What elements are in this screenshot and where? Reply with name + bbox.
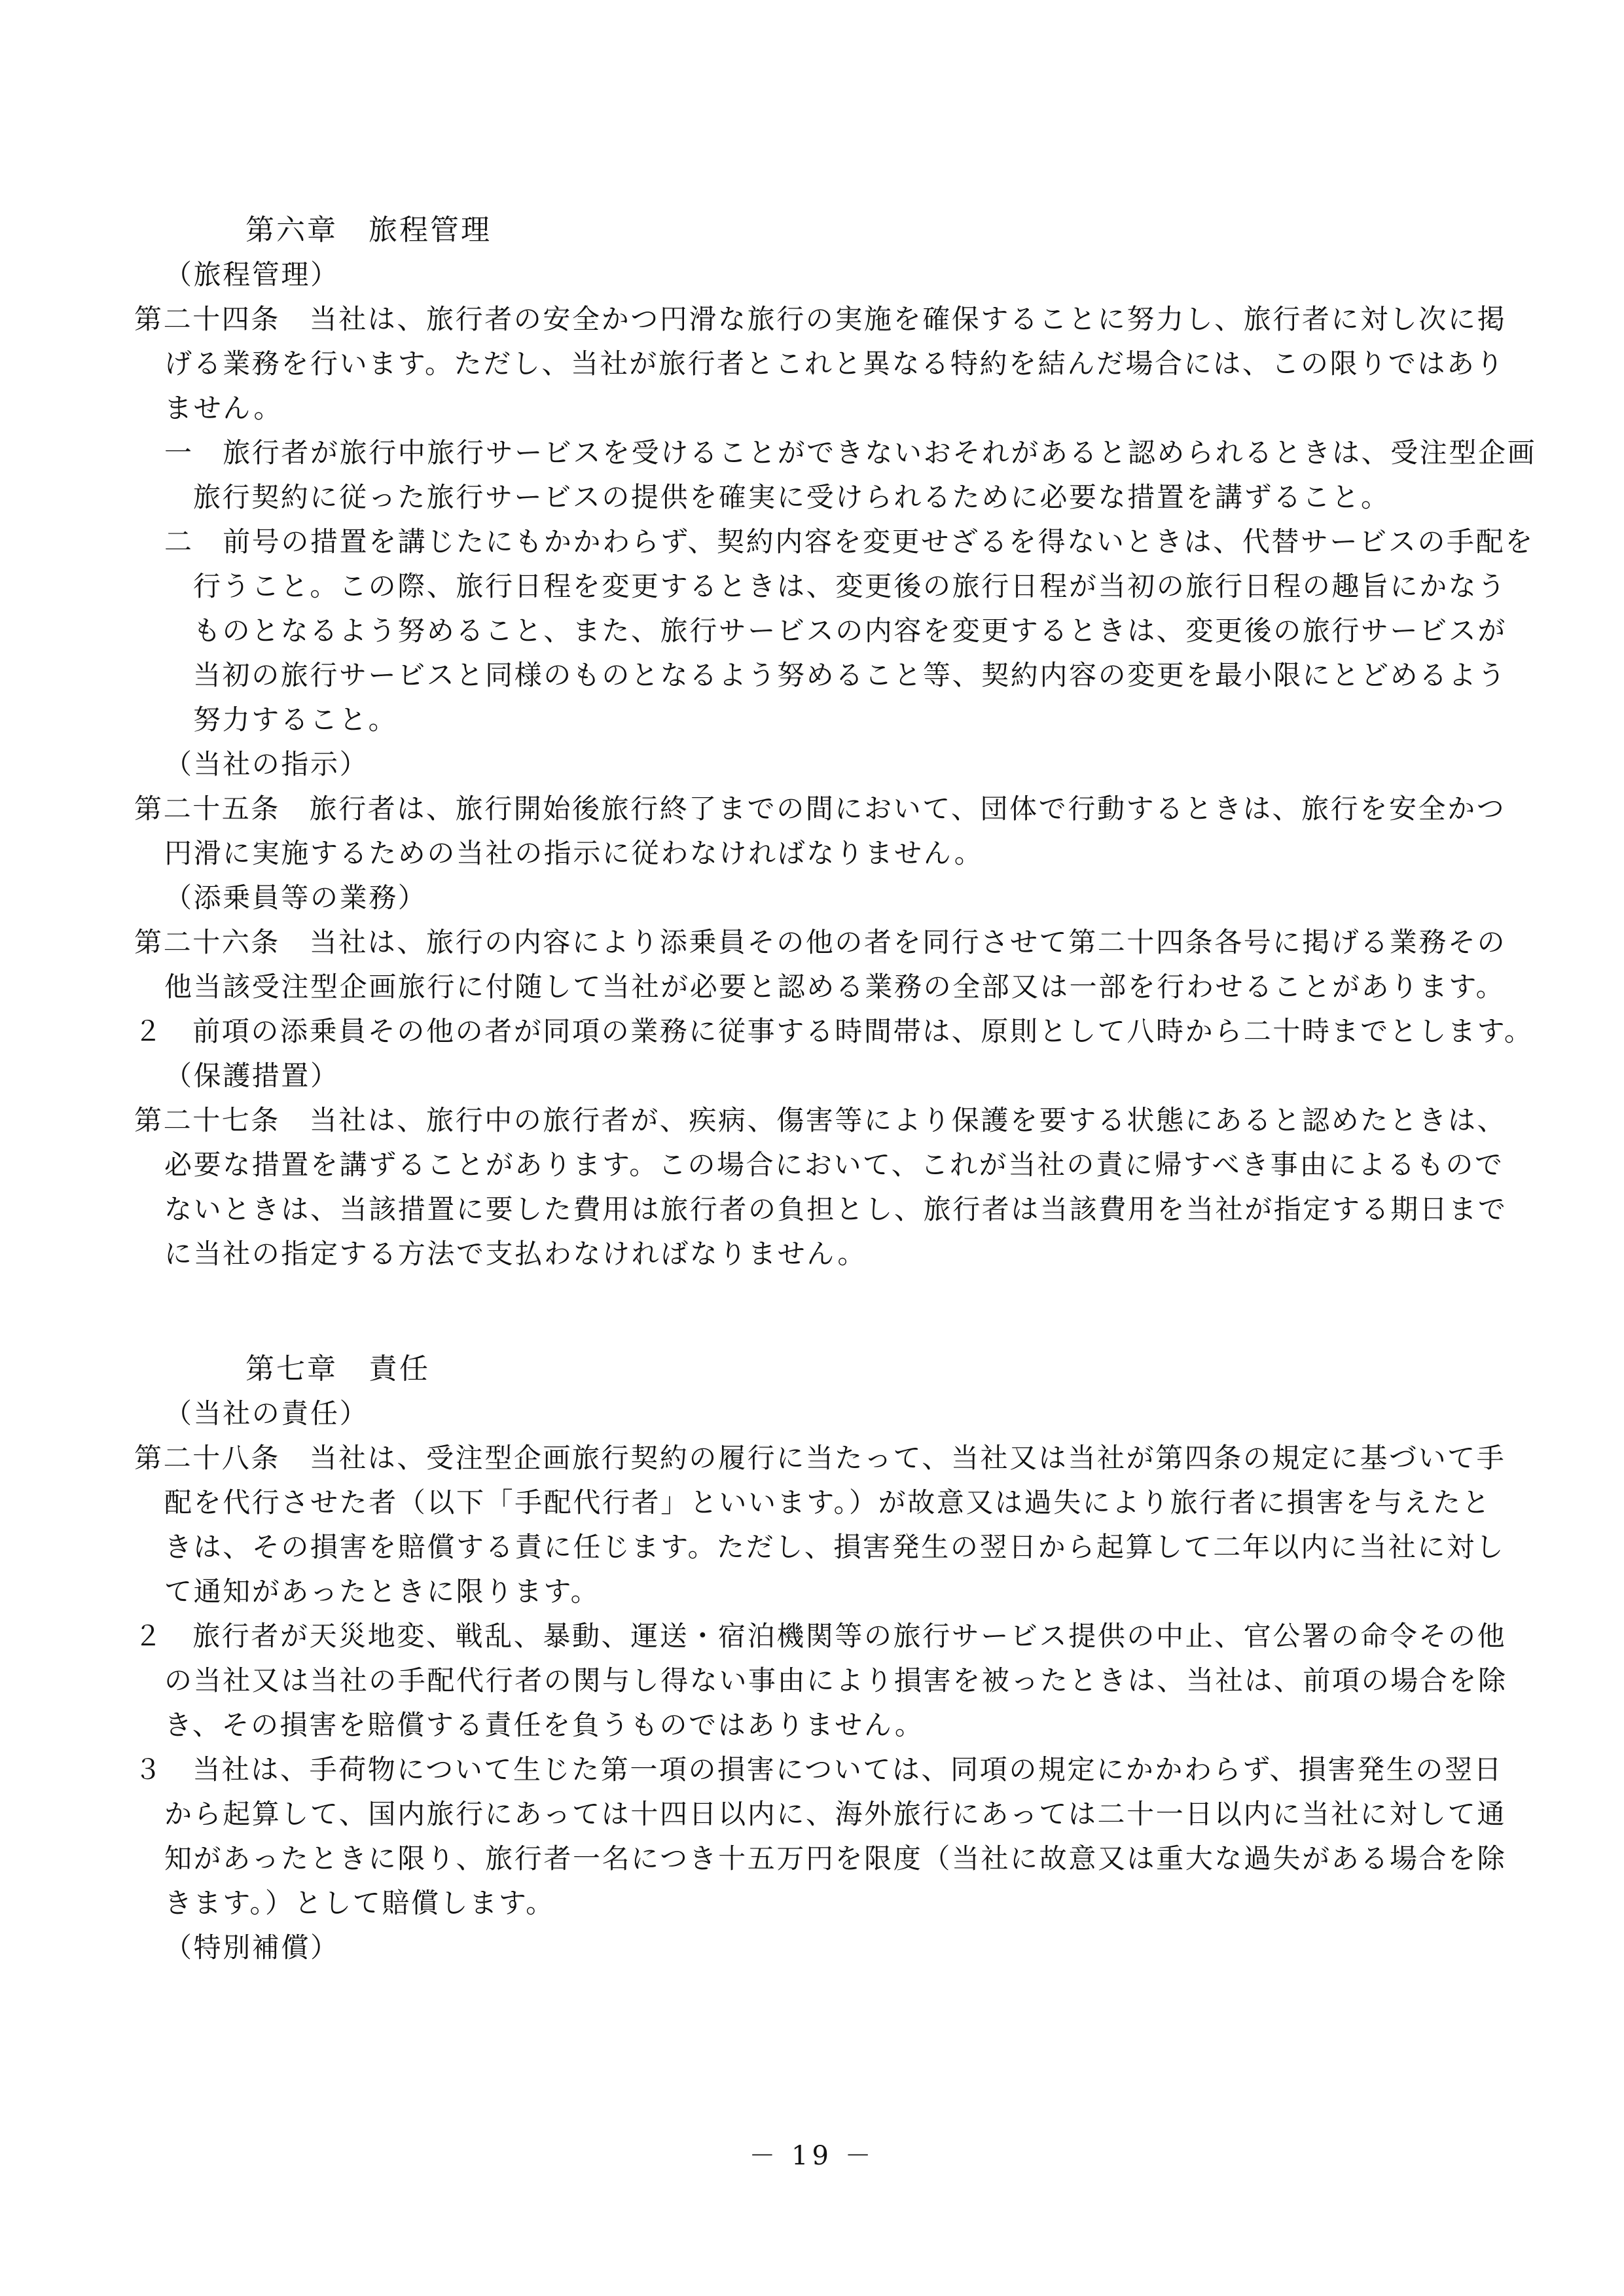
item-line: 二 前号の措置を講じたにもかかわらず、契約内容を変更せざるを得ないときは、代替サ… (134, 520, 1532, 564)
chapter-heading: 第七章 責任 (134, 1347, 1532, 1391)
item-line: 当初の旅行サービスと同様のものとなるよう努めること等、契約内容の変更を最小限にと… (134, 653, 1532, 698)
paragraph-line: きます。）として賠償します。 (134, 1881, 1532, 1926)
article-line: に当社の指定する方法で支払わなければなりません。 (134, 1232, 1532, 1276)
paragraph-line: き、その損害を賠償する責任を負うものではありません。 (134, 1703, 1532, 1748)
article-caption: （特別補償） (134, 1926, 1532, 1970)
article-line: 必要な措置を講ずることがあります。この場合において、これが当社の責に帰すべき事由… (134, 1143, 1532, 1187)
article-line: げる業務を行います。ただし、当社が旅行者とこれと異なる特約を結んだ場合には、この… (134, 342, 1532, 386)
chapter-spacer (134, 1276, 1532, 1347)
article-line: 第二十八条 当社は、受注型企画旅行契約の履行に当たって、当社又は当社が第四条の規… (134, 1436, 1532, 1480)
item-line: 努力すること。 (134, 698, 1532, 742)
paragraph-line: 知があったときに限り、旅行者一名につき十五万円を限度（当社に故意又は重大な過失が… (134, 1837, 1532, 1881)
article-caption: （保護措置） (134, 1054, 1532, 1098)
article-line: て通知があったときに限ります。 (134, 1570, 1532, 1614)
paragraph-line: から起算して、国内旅行にあっては十四日以内に、海外旅行にあっては二十一日以内に当… (134, 1792, 1532, 1837)
page-number: － 19 － (0, 2135, 1624, 2172)
item-line: 一 旅行者が旅行中旅行サービスを受けることができないおそれがあると認められるとき… (134, 431, 1532, 475)
item-line: 行うこと。この際、旅行日程を変更するときは、変更後の旅行日程が当初の旅行日程の趣… (134, 564, 1532, 609)
item-line: ものとなるよう努めること、また、旅行サービスの内容を変更するときは、変更後の旅行… (134, 609, 1532, 653)
paragraph-line: ３ 当社は、手荷物について生じた第一項の損害については、同項の規定にかかわらず、… (134, 1748, 1532, 1792)
paragraph-line: の当社又は当社の手配代行者の関与し得ない事由により損害を被ったときは、当社は、前… (134, 1659, 1532, 1703)
article-line: 他当該受注型企画旅行に付随して当社が必要と認める業務の全部又は一部を行わせること… (134, 965, 1532, 1009)
paragraph-line: ２ 前項の添乗員その他の者が同項の業務に従事する時間帯は、原則として八時から二十… (134, 1009, 1532, 1054)
article-caption: （当社の責任） (134, 1391, 1532, 1436)
article-line: ないときは、当該措置に要した費用は旅行者の負担とし、旅行者は当該費用を当社が指定… (134, 1187, 1532, 1232)
article-line: 第二十七条 当社は、旅行中の旅行者が、疾病、傷害等により保護を要する状態にあると… (134, 1098, 1532, 1143)
item-line: 旅行契約に従った旅行サービスの提供を確実に受けられるために必要な措置を講ずること… (134, 475, 1532, 520)
article-line: 第二十四条 当社は、旅行者の安全かつ円滑な旅行の実施を確保することに努力し、旅行… (134, 297, 1532, 342)
chapter-heading: 第六章 旅程管理 (134, 208, 1532, 253)
page-content: 第六章 旅程管理 （旅程管理） 第二十四条 当社は、旅行者の安全かつ円滑な旅行の… (134, 208, 1532, 1970)
article-line: きは、その損害を賠償する責に任じます。ただし、損害発生の翌日から起算して二年以内… (134, 1525, 1532, 1570)
article-caption: （添乗員等の業務） (134, 876, 1532, 920)
document-page: 第六章 旅程管理 （旅程管理） 第二十四条 当社は、旅行者の安全かつ円滑な旅行の… (0, 0, 1624, 2296)
article-line: 配を代行させた者（以下「手配代行者」といいます。）が故意又は過失により旅行者に損… (134, 1480, 1532, 1525)
article-line: 円滑に実施するための当社の指示に従わなければなりません。 (134, 831, 1532, 876)
paragraph-line: ２ 旅行者が天災地変、戦乱、暴動、運送・宿泊機関等の旅行サービス提供の中止、官公… (134, 1614, 1532, 1659)
article-caption: （旅程管理） (134, 253, 1532, 297)
article-line: 第二十六条 当社は、旅行の内容により添乗員その他の者を同行させて第二十四条各号に… (134, 920, 1532, 965)
article-line: 第二十五条 旅行者は、旅行開始後旅行終了までの間において、団体で行動するときは、… (134, 787, 1532, 831)
article-line: ません。 (134, 386, 1532, 431)
article-caption: （当社の指示） (134, 742, 1532, 787)
